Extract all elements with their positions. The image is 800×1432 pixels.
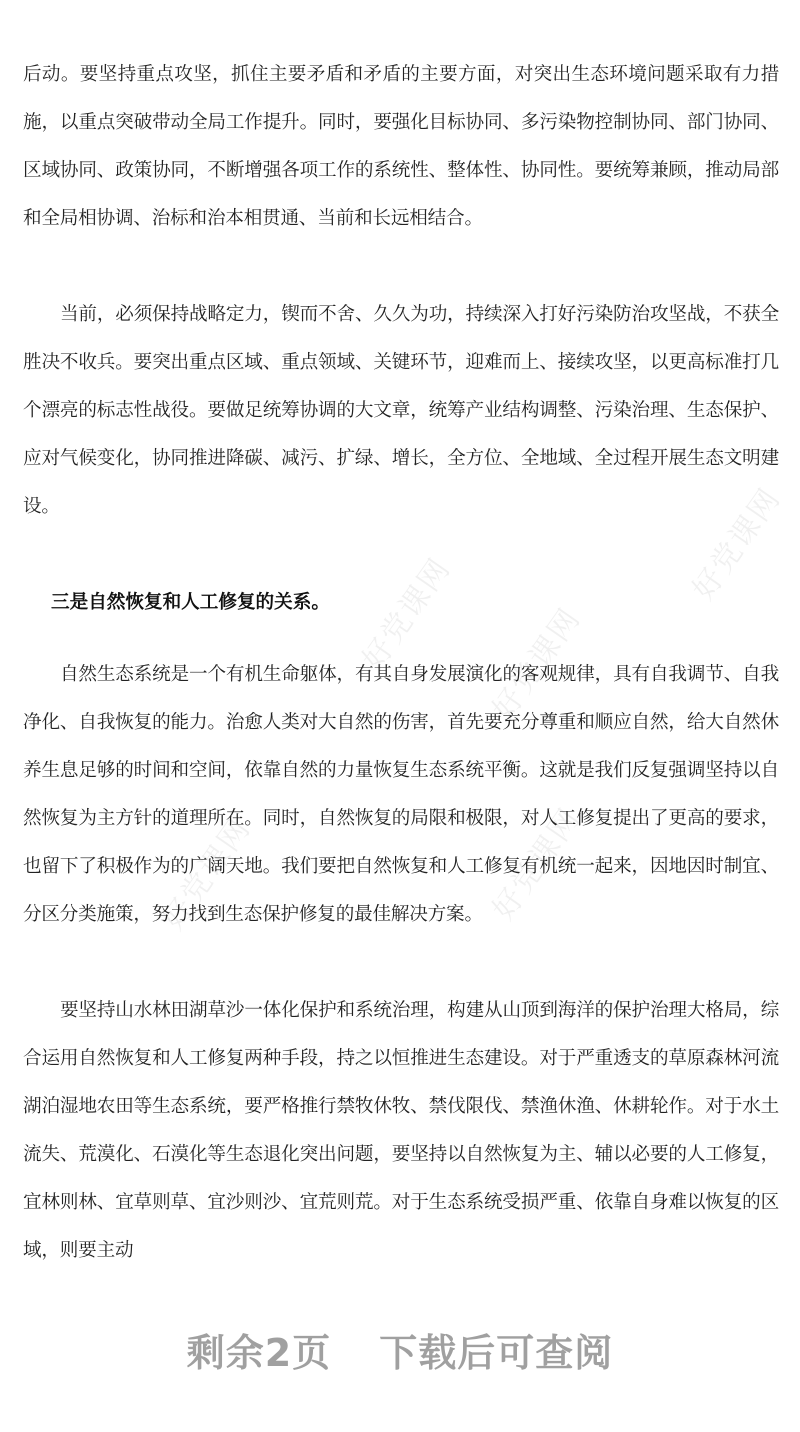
download-prompt-banner[interactable]: 剩余2页下载后可查阅 xyxy=(0,1322,800,1377)
paragraph-4: 要坚持山水林田湖草沙一体化保护和系统治理，构建从山顶到海洋的保护治理大格局，综合… xyxy=(23,987,779,1275)
download-hint-label: 下载后可查阅 xyxy=(379,1331,613,1375)
document-body: 后动。要坚持重点攻坚，抓住主要矛盾和矛盾的主要方面，对突出生态环境问题采取有力措… xyxy=(23,51,779,1323)
remaining-pages-label: 剩余2页 xyxy=(187,1331,331,1375)
paragraph-3: 自然生态系统是一个有机生命躯体，有其自身发展演化的客观规律，具有自我调节、自我净… xyxy=(23,651,779,939)
paragraph-1: 后动。要坚持重点攻坚，抓住主要矛盾和矛盾的主要方面，对突出生态环境问题采取有力措… xyxy=(23,51,779,243)
paragraph-2: 当前，必须保持战略定力，锲而不舍、久久为功，持续深入打好污染防治攻坚战，不获全胜… xyxy=(23,291,779,531)
section-heading: 三是自然恢复和人工修复的关系。 xyxy=(23,579,779,627)
